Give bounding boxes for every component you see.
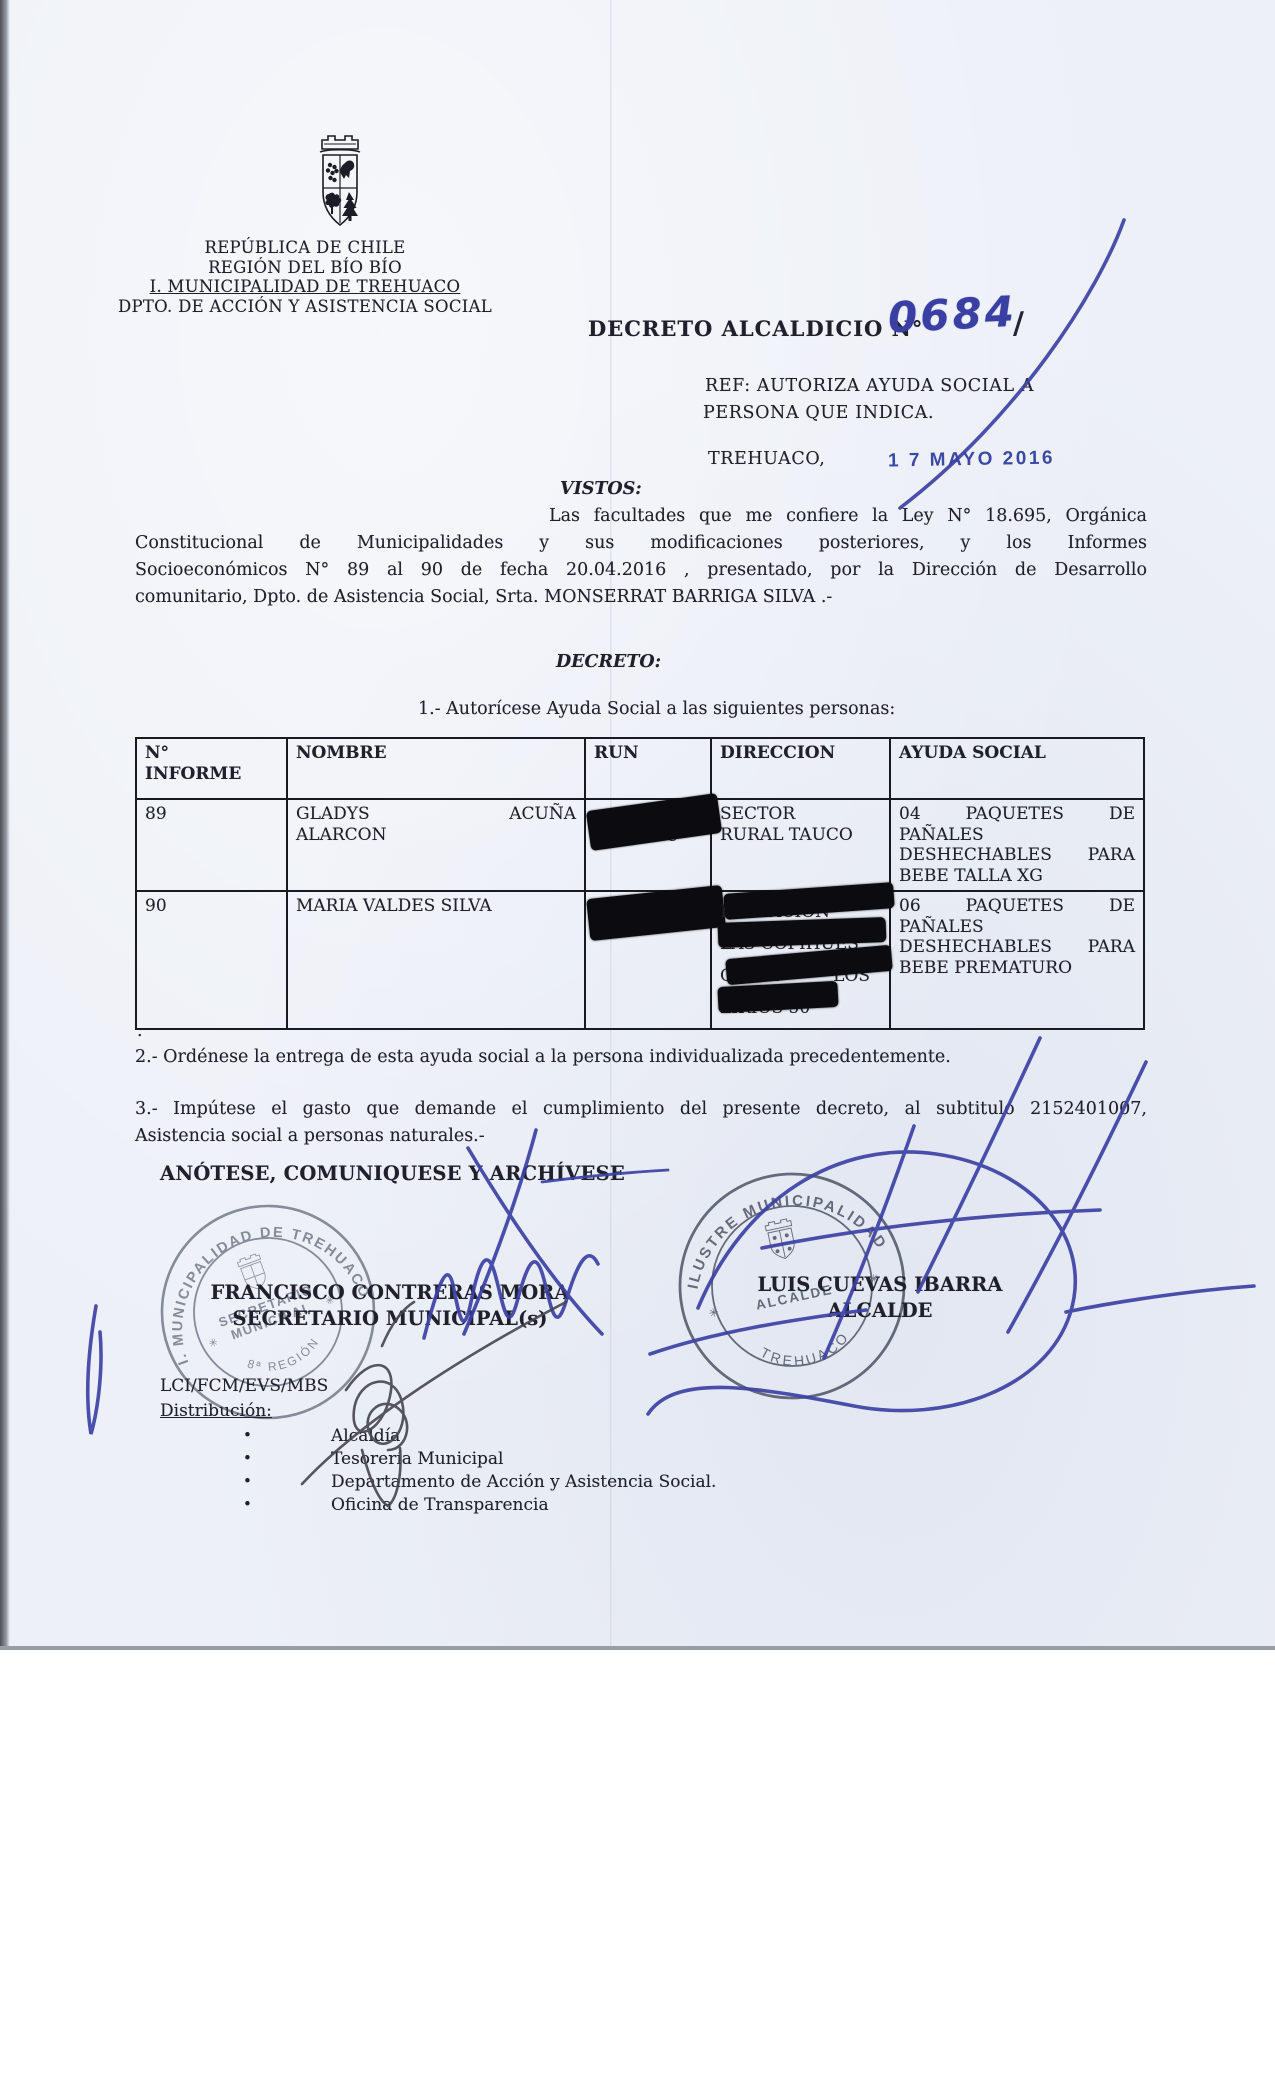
decreto-item-3-line-2: Asistencia social a personas naturales.- [135,1123,485,1150]
bullet-icon: • [243,1472,257,1490]
letterhead: REPÚBLICA DE CHILE REGIÓN DEL BÍO BÍO I.… [70,238,540,316]
coat-of-arms-icon [308,132,372,232]
secretary-title: SECRETARIO MUNICIPAL(s) [200,1306,580,1332]
scan-edge-shadow [0,0,10,1646]
bullet-icon: • [243,1449,257,1467]
mayor-signature-block: LUIS CUEVAS IBARRA ALCALDE [710,1272,1050,1324]
decreto-item-3-line-1: 3.- Impútese el gasto que demande el cum… [135,1096,1147,1123]
initials-line: LCI/FCM/EVS/MBS [160,1376,328,1396]
letterhead-municipality: I. MUNICIPALIDAD DE TREHUACO [70,277,540,297]
ref-line-2: PERSONA QUE INDICA. [703,403,934,423]
header-direccion: DIRECCION [711,738,890,799]
header-run: RUN [585,738,711,799]
distribution-item: • Departamento de Acción y Asistencia So… [243,1472,716,1495]
vistos-line-1: Las facultades que me confiere la Ley N°… [549,503,1147,530]
cell-ayuda: 06 PAQUETES DE PAÑALES DESHECHABLES PARA… [890,891,1144,1029]
cell-direccion-redacted: POBLACION LAS COPIHUES CALLE LOS LIRIOS … [711,891,890,1029]
decree-number-slash: / [1013,306,1024,341]
anotese-line: ANÓTESE, COMUNIQUESE Y ARCHÍVESE [160,1162,625,1185]
cell-informe: 89 [136,799,287,891]
date-stamp: 1 7 MAYO 2016 [888,448,1055,473]
cell-informe: 90 [136,891,287,1029]
scanned-decree-page: REPÚBLICA DE CHILE REGIÓN DEL BÍO BÍO I.… [0,0,1275,2100]
distribution-label: Distribución: [160,1401,272,1421]
cell-nombre: GLADYS ACUÑA ALARCON [287,799,585,891]
distribution-item: • Tesorería Municipal [243,1449,716,1472]
letterhead-department: DPTO. DE ACCIÓN Y ASISTENCIA SOCIAL [70,297,540,317]
table-row: 89 GLADYS ACUÑA ALARCON 6830498-9 SECTOR… [136,799,1144,891]
cell-nombre: MARIA VALDES SILVA [287,891,585,1029]
cell-run-redacted: 16352229-2 [585,891,711,1029]
decreto-item-2: 2.- Ordénese la entrega de esta ayuda so… [135,1044,951,1071]
table-header-row: N° INFORME NOMBRE RUN DIRECCION AYUDA SO… [136,738,1144,799]
header-informe: N° INFORME [136,738,287,799]
handwritten-decree-number: 0684 [887,287,1018,343]
header-ayuda: AYUDA SOCIAL [890,738,1144,799]
place-line: TREHUACO, [708,449,825,469]
table-row: 90 MARIA VALDES SILVA 16352229-2 POBLACI… [136,891,1144,1029]
bullet-icon: • [243,1495,257,1513]
letterhead-region: REGIÓN DEL BÍO BÍO [70,258,540,278]
lone-period: . [137,1018,143,1045]
decreto-item-1: 1.- Autorícese Ayuda Social a las siguie… [418,696,895,723]
vistos-line-3: Socioeconómicos N° 89 al 90 de fecha 20.… [135,557,1147,584]
distribution-item: • Oficina de Transparencia [243,1495,716,1518]
secretary-signature-block: FRANCISCO CONTRERAS MORA SECRETARIO MUNI… [200,1280,580,1332]
ref-line-1: REF: AUTORIZA AYUDA SOCIAL A [705,376,1034,396]
bullet-icon: • [243,1426,257,1444]
header-nombre: NOMBRE [287,738,585,799]
distribution-item: • Alcaldía [243,1426,716,1449]
redaction-mark [586,885,726,941]
vistos-label: VISTOS: [560,476,642,503]
secretary-name: FRANCISCO CONTRERAS MORA [200,1280,580,1306]
decree-title: DECRETO ALCALDICIO N° [588,316,923,341]
beneficiaries-table: N° INFORME NOMBRE RUN DIRECCION AYUDA SO… [135,737,1145,1030]
cell-ayuda: 04 PAQUETES DE PAÑALES DESHECHABLES PARA… [890,799,1144,891]
decreto-label: DECRETO: [556,649,661,676]
mayor-name: LUIS CUEVAS IBARRA [710,1272,1050,1298]
letterhead-country: REPÚBLICA DE CHILE [70,238,540,258]
vistos-line-2: Constitucional de Municipalidades y sus … [135,530,1147,557]
distribution-list: • Alcaldía • Tesorería Municipal • Depar… [243,1426,716,1518]
cell-run-redacted: 6830498-9 [585,799,711,891]
mayor-title: ALCALDE [710,1298,1050,1324]
vistos-line-4: comunitario, Dpto. de Asistencia Social,… [135,584,832,611]
cell-direccion: SECTOR RURAL TAUCO [711,799,890,891]
